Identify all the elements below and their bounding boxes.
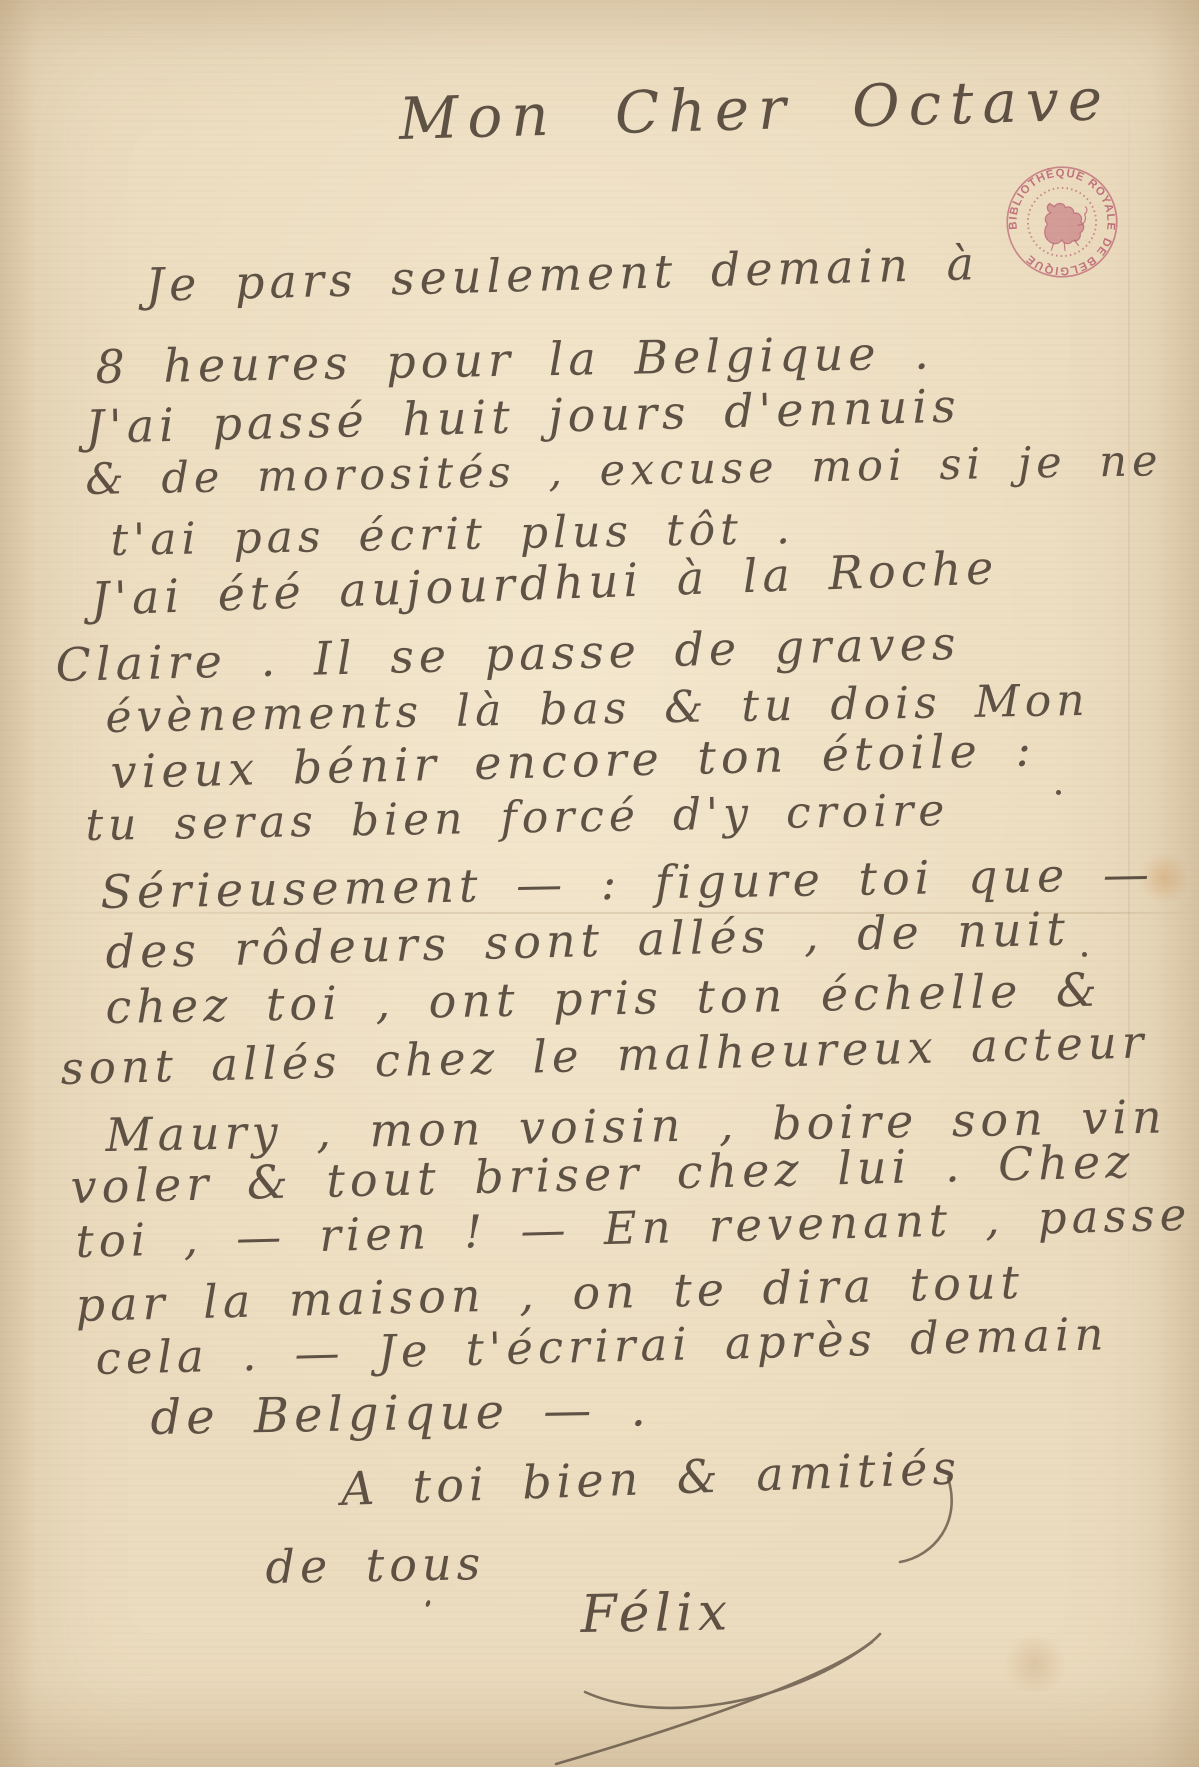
closing-line: A toi bien & amitiés [340,1440,962,1516]
manuscript-letter-page: BIBLIOTHÈQUE ROYALE DE BELGIQUE Mon Cher… [0,0,1199,1767]
letter-line: Je pars seulement demain à [145,236,980,312]
ink-speck [1082,952,1087,957]
age-stain [1000,1635,1070,1693]
closing-line: de tous [265,1536,486,1594]
salutation: Mon Cher Octave [398,65,1112,153]
letter-line: de Belgique — . [150,1381,651,1446]
signature: Félix [580,1582,733,1645]
library-stamp: BIBLIOTHÈQUE ROYALE DE BELGIQUE [988,148,1135,295]
ink-speck [1056,790,1061,795]
ink-speck [425,1600,431,1608]
